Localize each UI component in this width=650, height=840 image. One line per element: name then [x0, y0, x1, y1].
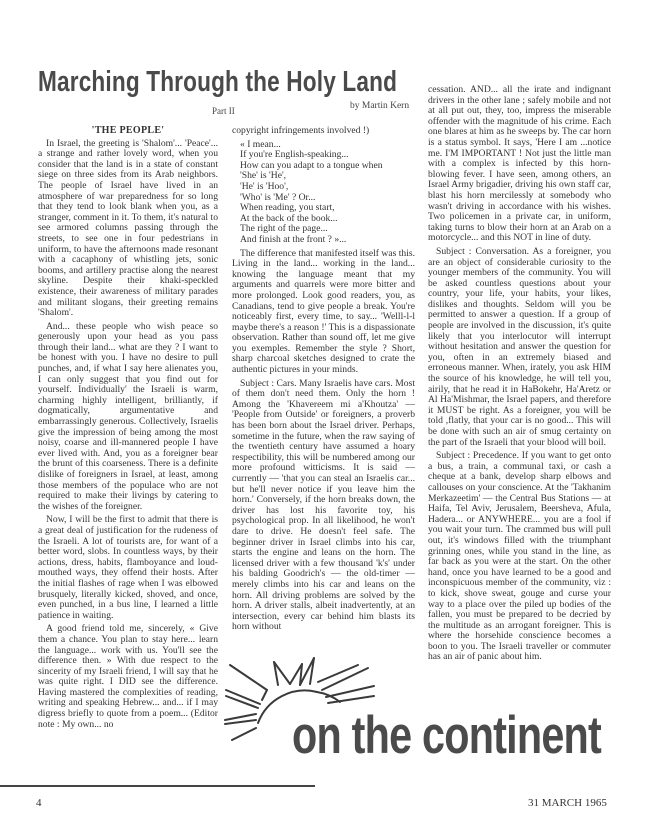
article-title: Marching Through the Holy Land	[38, 66, 334, 99]
page-number: 4	[36, 797, 42, 809]
paragraph: A good friend told me, sincerely, « Give…	[38, 624, 218, 730]
section-banner-title: on the continent	[292, 705, 601, 766]
issue-date: 31 MARCH 1965	[528, 797, 607, 809]
paragraph: Now, I will be the first to admit that t…	[38, 515, 218, 621]
footer-divider	[0, 785, 315, 787]
paragraph: In Israel, the greeting is 'Shalom'... '…	[38, 139, 218, 319]
paragraph: The difference that manifested itself wa…	[232, 249, 415, 376]
paragraph: Subject : Cars. Many Israelis have cars.…	[232, 379, 415, 633]
paragraph: copyright infringements involved !)	[232, 126, 415, 137]
column-3: cessation. AND... all the irate and indi…	[428, 85, 611, 666]
poem-line: And finish at the front ? »...	[240, 235, 415, 246]
paragraph: Subject : Precedence. If you want to get…	[428, 451, 611, 663]
column-2: copyright infringements involved !) « I …	[232, 126, 415, 636]
section-heading: 'THE PEOPLE'	[38, 126, 218, 137]
poem-line: 'He' is 'Hoo',	[240, 182, 415, 193]
column-1: 'THE PEOPLE' In Israel, the greeting is …	[38, 126, 218, 733]
paragraph: And... these people who wish peace so ge…	[38, 322, 218, 513]
paragraph: cessation. AND... all the irate and indi…	[428, 85, 611, 244]
article-part: Part II	[212, 106, 235, 116]
article-byline: by Martin Kern	[350, 101, 409, 111]
poem: « I mean... If you're English-speaking..…	[240, 140, 415, 246]
paragraph: Subject : Conversation. As a foreigner, …	[428, 247, 611, 448]
